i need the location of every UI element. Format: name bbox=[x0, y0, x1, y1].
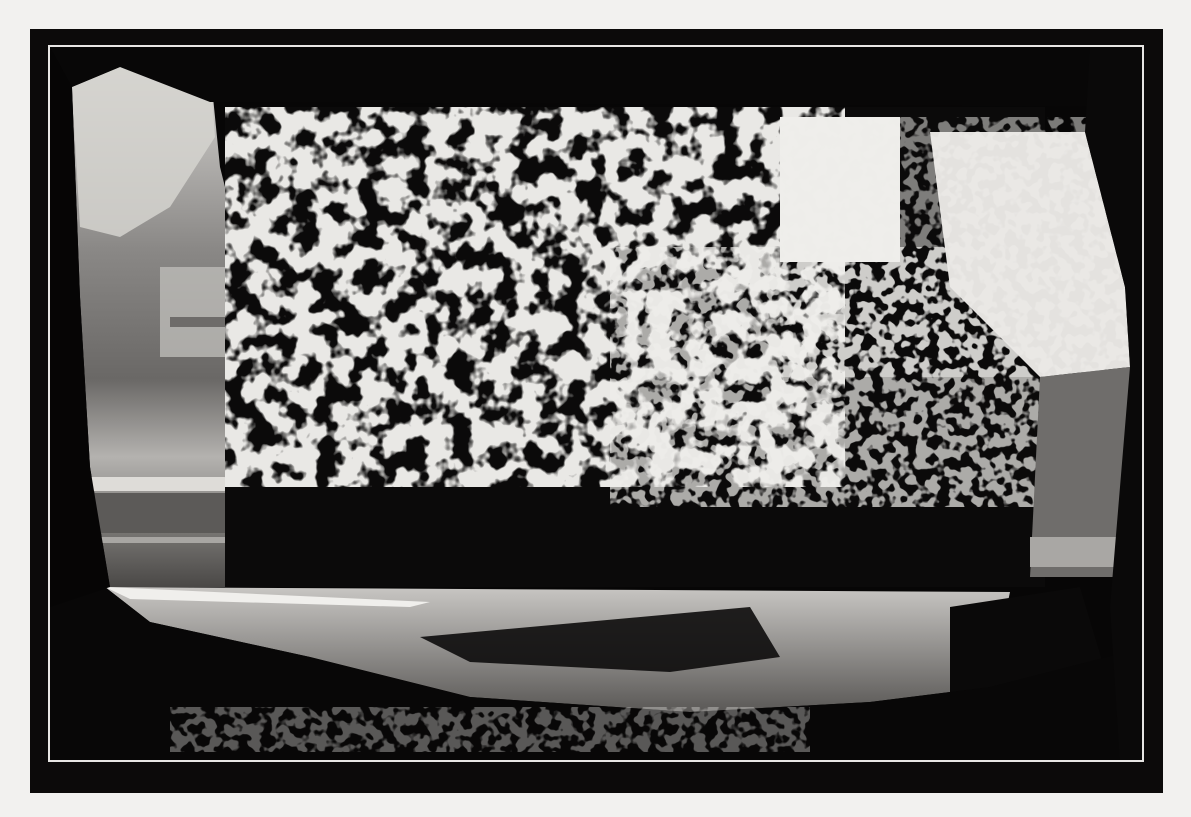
damaged-landscape-photo bbox=[50, 47, 1144, 762]
photo-print bbox=[48, 45, 1144, 762]
